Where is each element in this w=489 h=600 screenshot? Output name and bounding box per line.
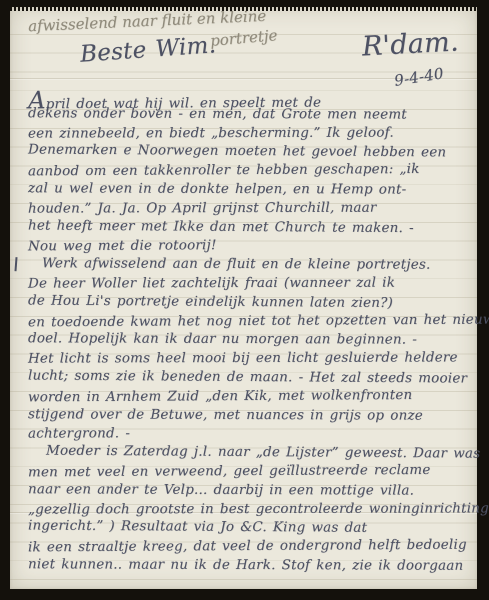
handwritten-line: Werk afwisselend aan de fluit en de klei…: [28, 255, 470, 275]
handwritten-line: April doet wat hij wil. en speelt met de: [28, 86, 470, 107]
handwritten-line: Het licht is soms heel mooi bij een lich…: [28, 350, 470, 370]
perforation-edge: [10, 6, 477, 11]
handwritten-line: niet kunnen.. maar nu ik de Hark. Stof k…: [28, 556, 470, 576]
handwritten-line: De heer Woller liet zachtelijk fraai (wa…: [28, 274, 470, 294]
handwritten-line: dekens onder boven - en men, dat Grote m…: [28, 105, 470, 125]
handwritten-line: stijgend over de Betuwe, met nuances in …: [28, 406, 470, 426]
handwritten-line: Nou weg met die rotoorij!: [28, 236, 470, 257]
handwritten-line: naar een ander te Velp... daarbij in een…: [28, 481, 470, 501]
handwritten-line: lucht; soms zie ik beneden de maan. - He…: [28, 367, 470, 389]
place-mark: R'dam.: [361, 26, 459, 62]
letter-body: April doet wat hij wil. en speelt met de…: [28, 87, 470, 576]
handwritten-line: worden in Arnhem Zuid „den Kik, met wolk…: [28, 386, 470, 407]
handwritten-line: ik een straaltje kreeg, dat veel de onde…: [28, 537, 470, 558]
handwritten-line: men met veel en verweend, geel geïllustr…: [28, 462, 470, 483]
handwritten-line: achtergrond. -: [28, 425, 470, 445]
letter-scan: afwisselend naar fluit en kleine portret…: [0, 0, 489, 600]
letter-paper: afwisselend naar fluit en kleine portret…: [10, 7, 477, 589]
handwritten-line: aanbod om een takkenroller te hebben ges…: [28, 161, 470, 182]
handwritten-line: doel. Hopelijk kan ik daar nu morgen aan…: [28, 331, 470, 351]
handwritten-line: zal u wel even in de donkte helpen, en u…: [28, 180, 470, 200]
handwritten-line: de Hou Li's portretje eindelijk kunnen l…: [28, 292, 470, 314]
handwritten-line: „gezellig doch grootste in best gecontro…: [28, 500, 470, 520]
handwritten-line: houden.” Ja. Ja. Op April grijnst Church…: [28, 199, 470, 219]
